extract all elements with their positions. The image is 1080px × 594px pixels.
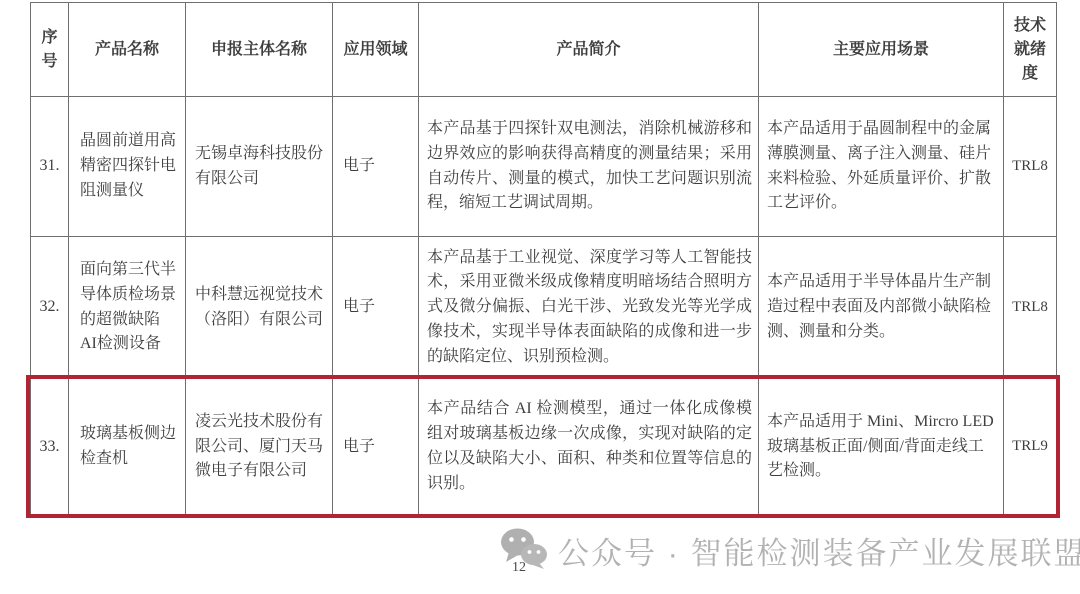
header-trl: 技术就绪度 [1004, 3, 1057, 97]
cell-product-name: 晶圆前道用高精密四探针电阻测量仪 [69, 97, 186, 237]
table-row-highlighted: 33. 玻璃基板侧边检查机 凌云光技术股份有限公司、厦门天马微电子有限公司 电子… [31, 379, 1057, 516]
cell-trl: TRL8 [1004, 237, 1057, 379]
watermark-text: 公众号 · 智能检测装备产业发展联盟 [558, 528, 1080, 573]
cell-index: 33. [31, 379, 69, 516]
header-application-field: 应用领域 [333, 3, 419, 97]
header-product-intro: 产品简介 [419, 3, 759, 97]
table-row: 32. 面向第三代半导体质检场景的超微缺陷AI检测设备 中科慧远视觉技术（洛阳）… [31, 237, 1057, 379]
cell-application-field: 电子 [333, 97, 419, 237]
product-catalog-table: 序号 产品名称 申报主体名称 应用领域 产品简介 主要应用场景 技术就绪度 31… [30, 2, 1057, 516]
cell-product-intro: 本产品基于四探针双电测法，消除机械游移和边界效应的影响获得高精度的测量结果；采用… [419, 97, 759, 237]
cell-applicant-name: 凌云光技术股份有限公司、厦门天马微电子有限公司 [186, 379, 333, 516]
header-index: 序号 [31, 3, 69, 97]
cell-main-scenario: 本产品适用于晶圆制程中的金属薄膜测量、离子注入测量、硅片来料检验、外延质量评价、… [759, 97, 1004, 237]
header-applicant-name: 申报主体名称 [186, 3, 333, 97]
cell-trl: TRL9 [1004, 379, 1057, 516]
cell-product-intro: 本产品基于工业视觉、深度学习等人工智能技术，采用亚微米级成像精度明暗场结合照明方… [419, 237, 759, 379]
table-header-row: 序号 产品名称 申报主体名称 应用领域 产品简介 主要应用场景 技术就绪度 [31, 3, 1057, 97]
cell-trl: TRL8 [1004, 97, 1057, 237]
cell-applicant-name: 中科慧远视觉技术（洛阳）有限公司 [186, 237, 333, 379]
cell-application-field: 电子 [333, 379, 419, 516]
table-row: 31. 晶圆前道用高精密四探针电阻测量仪 无锡卓海科技股份有限公司 电子 本产品… [31, 97, 1057, 237]
cell-application-field: 电子 [333, 237, 419, 379]
cell-main-scenario: 本产品适用于 Mini、Mircro LED 玻璃基板正面/侧面/背面走线工艺检… [759, 379, 1004, 516]
cell-product-intro: 本产品结合 AI 检测模型，通过一体化成像模组对玻璃基板边缘一次成像，实现对缺陷… [419, 379, 759, 516]
cell-applicant-name: 无锡卓海科技股份有限公司 [186, 97, 333, 237]
page-number: 12 [512, 560, 526, 576]
header-product-name: 产品名称 [69, 3, 186, 97]
cell-product-name: 面向第三代半导体质检场景的超微缺陷AI检测设备 [69, 237, 186, 379]
cell-index: 32. [31, 237, 69, 379]
cell-product-name: 玻璃基板侧边检查机 [69, 379, 186, 516]
footer-watermark: 公众号 · 智能检测装备产业发展联盟 [500, 527, 1080, 574]
header-main-scenario: 主要应用场景 [759, 3, 1004, 97]
cell-index: 31. [31, 97, 69, 237]
cell-main-scenario: 本产品适用于半导体晶片生产制造过程中表面及内部微小缺陷检测、测量和分类。 [759, 237, 1004, 379]
